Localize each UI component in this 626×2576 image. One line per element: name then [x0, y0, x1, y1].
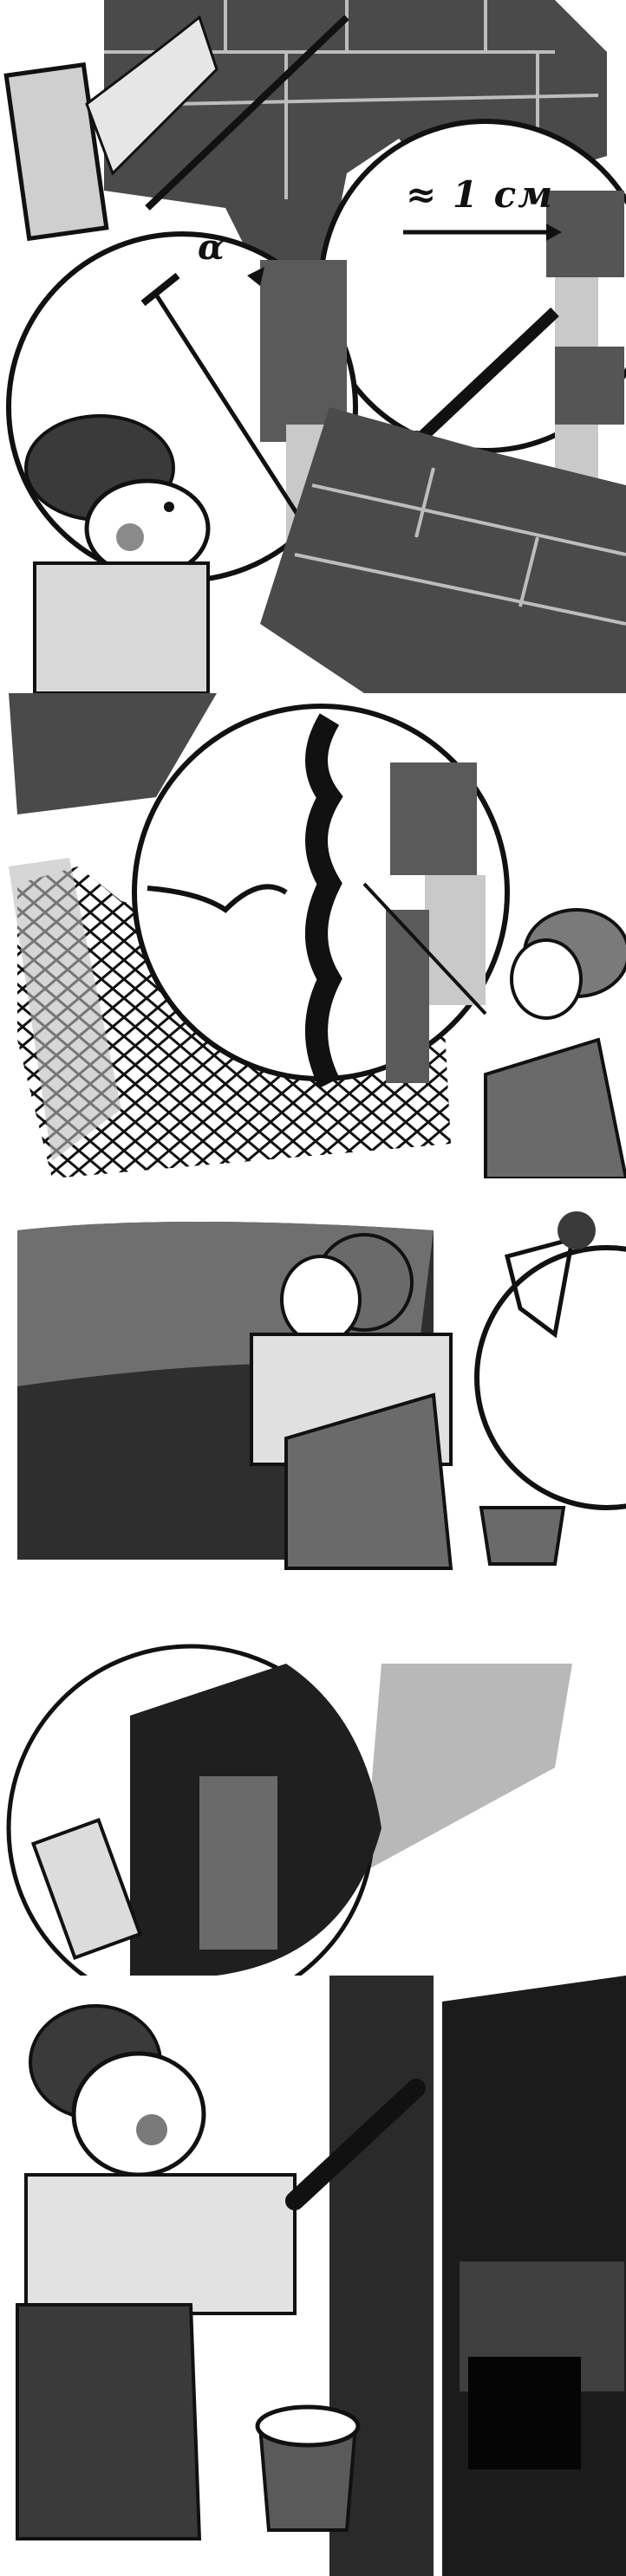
panel-smoothing	[0, 1612, 626, 1976]
mesh-scene	[0, 693, 626, 1178]
plaster-scene	[0, 1178, 626, 1612]
stove-scene	[0, 1976, 626, 2576]
depth-label: ≈ 1 см	[406, 173, 554, 216]
brick-wall-scene	[0, 0, 626, 693]
panel-whitewashing	[0, 1976, 626, 2576]
trowel-closeup	[0, 1612, 626, 1976]
panel-plastering	[0, 1178, 626, 1612]
panel-raking-joints: α ≈ 1 см	[0, 0, 626, 693]
angle-label: α	[198, 227, 225, 268]
panel-wire-mesh	[0, 693, 626, 1178]
